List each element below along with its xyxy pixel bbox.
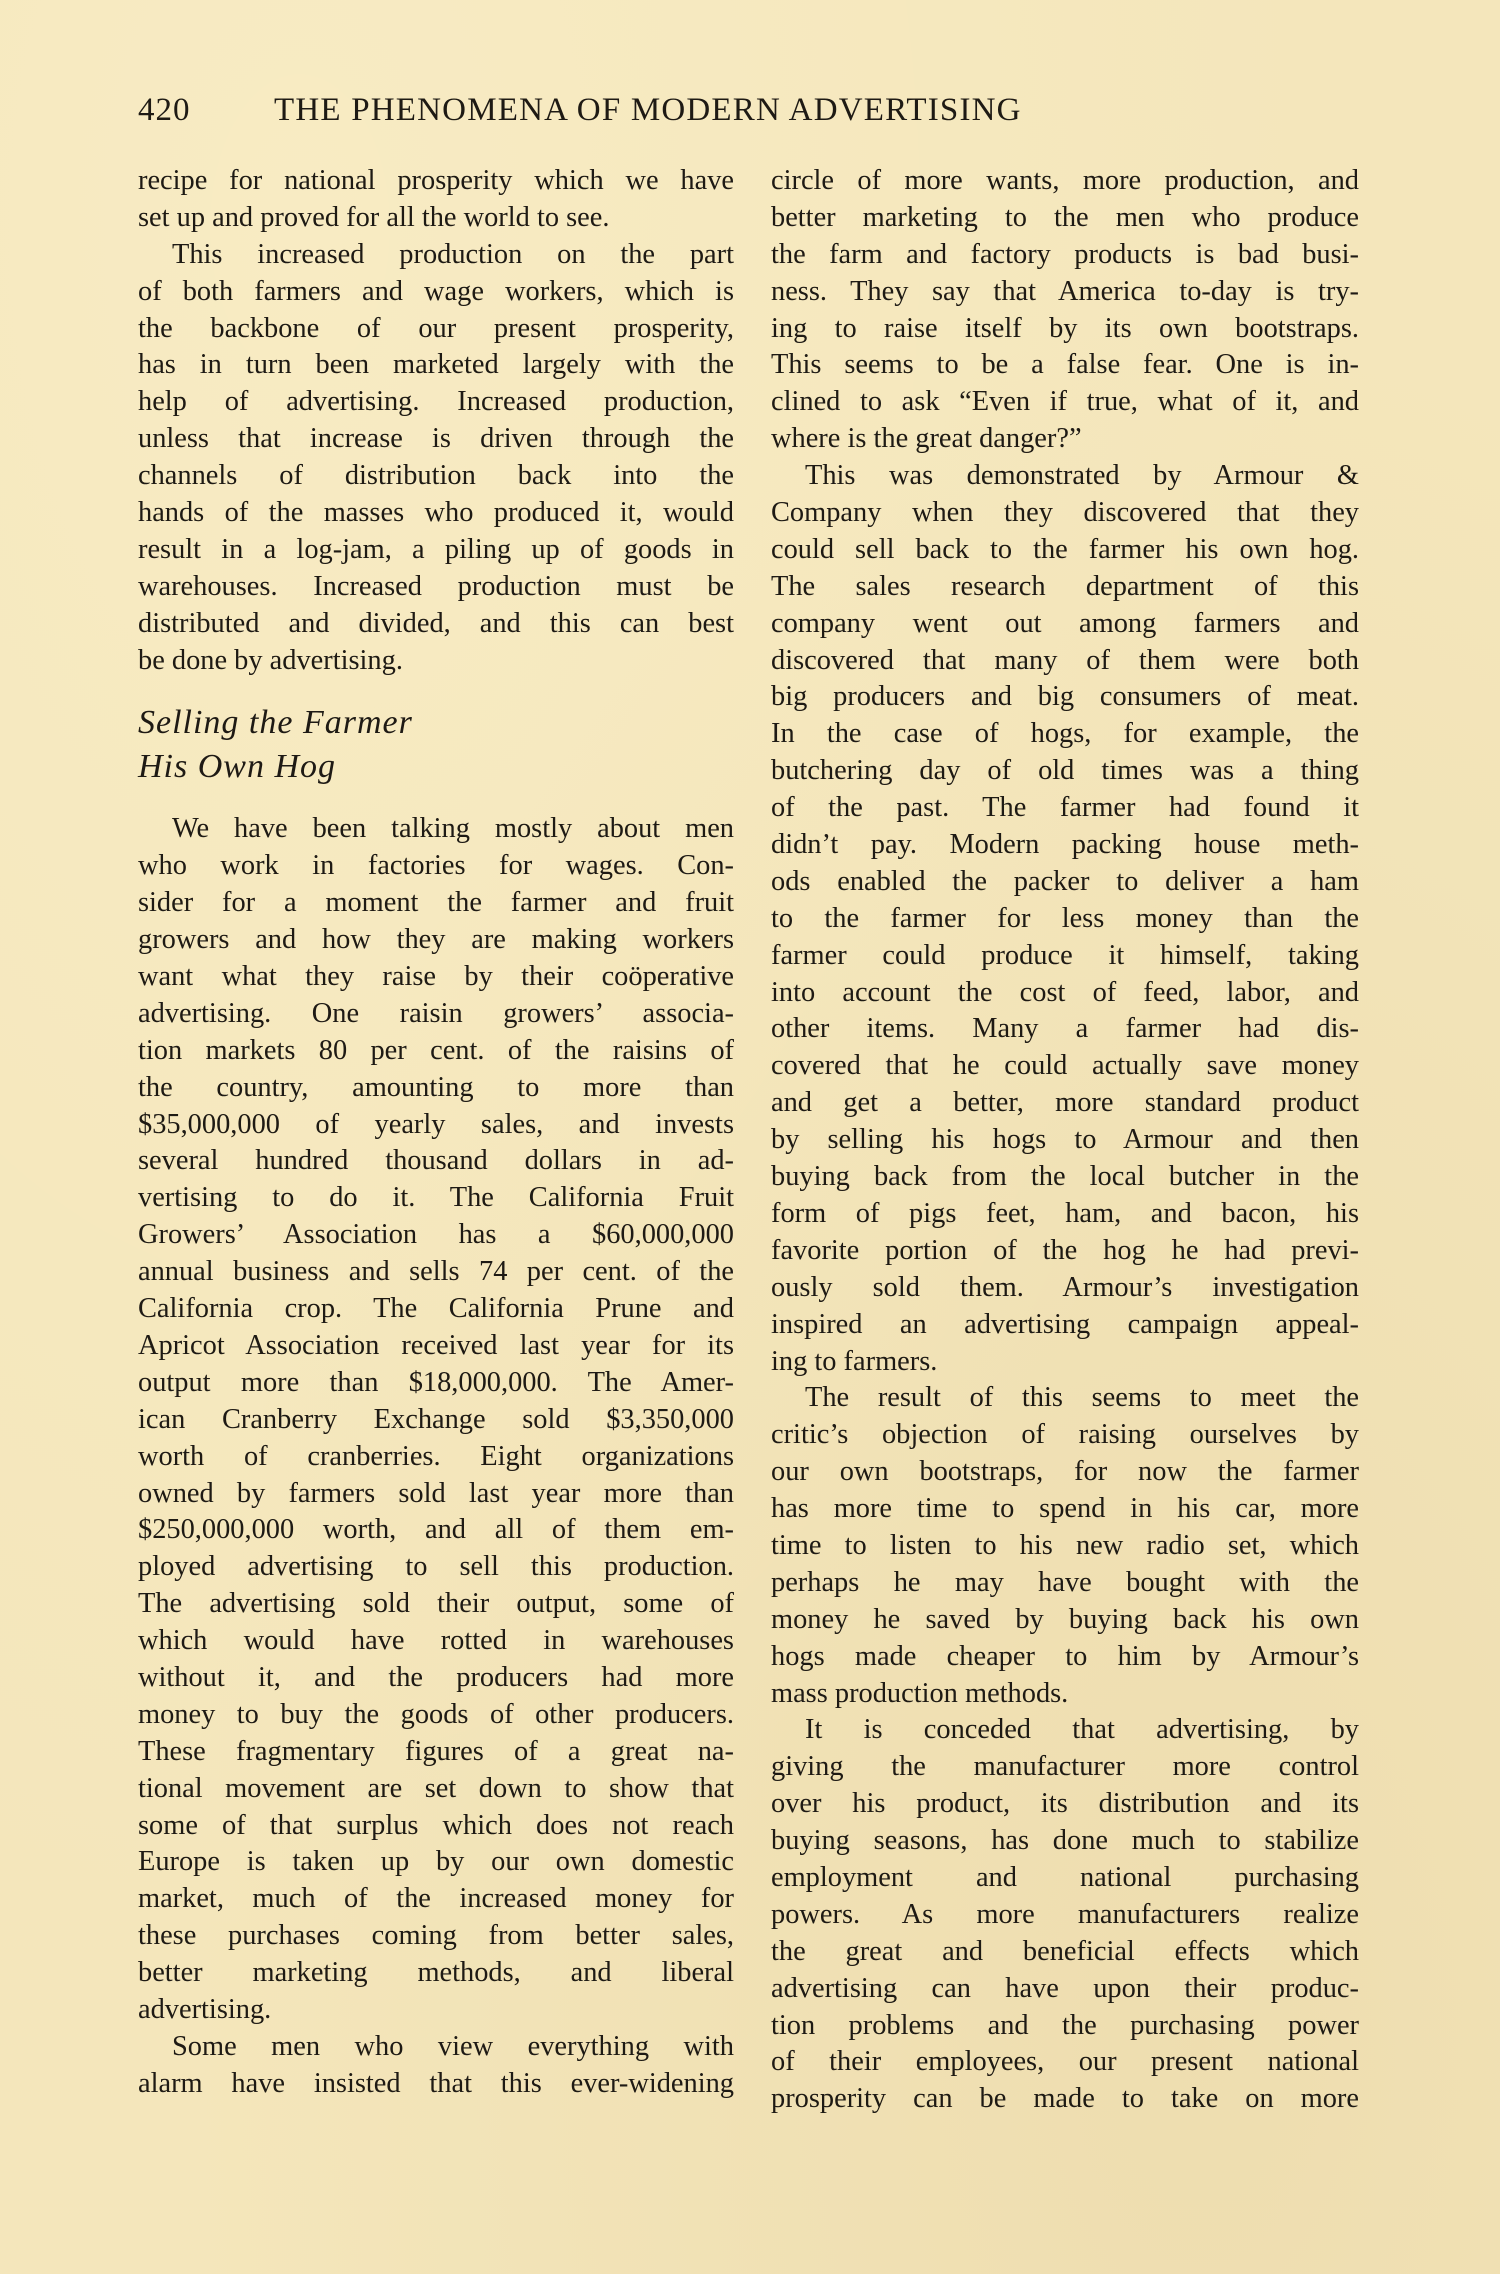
text-line: ness. They say that America to-day is tr… (771, 274, 1359, 311)
text-line: of the past. The farmer had found it (771, 790, 1359, 827)
text-line: covered that he could actually save mone… (771, 1048, 1359, 1085)
text-line: of their employees, our present national (771, 2044, 1359, 2081)
text-line: buying seasons, has done much to stabili… (771, 1823, 1359, 1860)
text-line: set up and proved for all the world to s… (138, 200, 734, 237)
text-line: tion problems and the purchasing power (771, 2008, 1359, 2045)
text-line: these purchases coming from better sales… (138, 1918, 734, 1955)
text-line: company went out among farmers and (771, 606, 1359, 643)
text-line: It is conceded that advertising, by (771, 1712, 1359, 1749)
text-line: giving the manufacturer more control (771, 1749, 1359, 1786)
text-line: of both farmers and wage workers, which … (138, 274, 734, 311)
text-line: better marketing to the men who produce (771, 200, 1359, 237)
text-line: without it, and the producers had more (138, 1660, 734, 1697)
text-line: alarm have insisted that this ever-widen… (138, 2066, 734, 2103)
text-line: ican Cranberry Exchange sold $3,350,000 (138, 1402, 734, 1439)
text-line: This was demonstrated by Armour & (771, 458, 1359, 495)
text-line: California crop. The California Prune an… (138, 1291, 734, 1328)
text-line: This increased production on the part (138, 237, 734, 274)
text-line: who work in factories for wages. Con- (138, 848, 734, 885)
text-line: Growers’ Association has a $60,000,000 (138, 1217, 734, 1254)
text-line: big producers and big consumers of meat. (771, 679, 1359, 716)
text-line: into account the cost of feed, labor, an… (771, 975, 1359, 1012)
text-line: some of that surplus which does not reac… (138, 1808, 734, 1845)
text-line: powers. As more manufacturers realize (771, 1897, 1359, 1934)
right-column: circle of more wants, more production, a… (771, 163, 1359, 2118)
text-line: which would have rotted in warehouses (138, 1623, 734, 1660)
text-line: the farm and factory products is bad bus… (771, 237, 1359, 274)
left-column: recipe for national prosperity which we … (138, 163, 734, 2103)
text-line: $250,000,000 worth, and all of them em- (138, 1512, 734, 1549)
text-line: Some men who view everything with (138, 2029, 734, 2066)
text-line: We have been talking mostly about men (138, 811, 734, 848)
text-line: advertising can have upon their produc- (771, 1971, 1359, 2008)
text-line: our own bootstraps, for now the farmer (771, 1454, 1359, 1491)
text-line: several hundred thousand dollars in ad- (138, 1143, 734, 1180)
text-line: channels of distribution back into the (138, 458, 734, 495)
text-line: clined to ask “Even if true, what of it,… (771, 384, 1359, 421)
text-line: sider for a moment the farmer and fruit (138, 885, 734, 922)
text-line: prosperity can be made to take on more (771, 2081, 1359, 2118)
text-line: ously sold them. Armour’s investigation (771, 1270, 1359, 1307)
text-line: Apricot Association received last year f… (138, 1328, 734, 1365)
text-line: by selling his hogs to Armour and then (771, 1122, 1359, 1159)
page-number: 420 (138, 92, 208, 129)
text-line: inspired an advertising campaign appeal- (771, 1307, 1359, 1344)
text-line: discovered that many of them were both (771, 643, 1359, 680)
text-line: tional movement are set down to show tha… (138, 1771, 734, 1808)
text-line: mass production methods. (771, 1676, 1359, 1713)
text-line: ing to raise itself by its own bootstrap… (771, 311, 1359, 348)
text-line: annual business and sells 74 per cent. o… (138, 1254, 734, 1291)
text-line: money he saved by buying back his own (771, 1602, 1359, 1639)
text-line: Europe is taken up by our own domestic (138, 1844, 734, 1881)
text-line: buying back from the local butcher in th… (771, 1159, 1359, 1196)
left-block-2: We have been talking mostly about menwho… (138, 811, 734, 2102)
running-head: 420 THE PHENOMENA OF MODERN ADVERTISING (138, 92, 1368, 138)
text-line: warehouses. Increased production must be (138, 569, 734, 606)
text-line: want what they raise by their coöperativ… (138, 959, 734, 996)
text-line: over his product, its distribution and i… (771, 1786, 1359, 1823)
text-line: growers and how they are making workers (138, 922, 734, 959)
text-line: distributed and divided, and this can be… (138, 606, 734, 643)
text-line: form of pigs feet, ham, and bacon, his (771, 1196, 1359, 1233)
subheading-line-1: Selling the Farmer (138, 701, 734, 745)
text-line: where is the great danger?” (771, 421, 1359, 458)
text-line: vertising to do it. The California Fruit (138, 1180, 734, 1217)
text-line: the backbone of our present prosperity, (138, 311, 734, 348)
text-line: The sales research department of this (771, 569, 1359, 606)
text-line: worth of cranberries. Eight organization… (138, 1439, 734, 1476)
text-line: perhaps he may have bought with the (771, 1565, 1359, 1602)
text-line: the great and beneficial effects which (771, 1934, 1359, 1971)
text-line: owned by farmers sold last year more tha… (138, 1476, 734, 1513)
text-line: to the farmer for less money than the (771, 901, 1359, 938)
text-line: tion markets 80 per cent. of the raisins… (138, 1033, 734, 1070)
text-line: circle of more wants, more production, a… (771, 163, 1359, 200)
text-line: critic’s objection of raising ourselves … (771, 1417, 1359, 1454)
section-subheading: Selling the Farmer His Own Hog (138, 701, 734, 789)
text-line: money to buy the goods of other producer… (138, 1697, 734, 1734)
text-line: result in a log-jam, a piling up of good… (138, 532, 734, 569)
text-line: recipe for national prosperity which we … (138, 163, 734, 200)
text-line: be done by advertising. (138, 643, 734, 680)
text-line: hogs made cheaper to him by Armour’s (771, 1639, 1359, 1676)
text-line: $35,000,000 of yearly sales, and invests (138, 1107, 734, 1144)
text-line: the country, amounting to more than (138, 1070, 734, 1107)
text-line: time to listen to his new radio set, whi… (771, 1528, 1359, 1565)
subheading-line-2: His Own Hog (138, 745, 734, 789)
text-line: The advertising sold their output, some … (138, 1586, 734, 1623)
text-line: has in turn been marketed largely with t… (138, 347, 734, 384)
text-line: didn’t pay. Modern packing house meth- (771, 827, 1359, 864)
right-block: circle of more wants, more production, a… (771, 163, 1359, 2118)
left-block-1: recipe for national prosperity which we … (138, 163, 734, 679)
text-line: advertising. (138, 1992, 734, 2029)
text-line: ployed advertising to sell this producti… (138, 1549, 734, 1586)
text-line: hands of the masses who produced it, wou… (138, 495, 734, 532)
text-line: employment and national purchasing (771, 1860, 1359, 1897)
text-line: These fragmentary figures of a great na- (138, 1734, 734, 1771)
text-line: and get a better, more standard product (771, 1085, 1359, 1122)
text-line: better marketing methods, and liberal (138, 1955, 734, 1992)
book-page: 420 THE PHENOMENA OF MODERN ADVERTISING … (0, 0, 1500, 2274)
text-line: The result of this seems to meet the (771, 1380, 1359, 1417)
text-line: help of advertising. Increased productio… (138, 384, 734, 421)
text-line: output more than $18,000,000. The Amer- (138, 1365, 734, 1402)
text-line: This seems to be a false fear. One is in… (771, 347, 1359, 384)
text-line: In the case of hogs, for example, the (771, 716, 1359, 753)
text-line: has more time to spend in his car, more (771, 1491, 1359, 1528)
text-line: butchering day of old times was a thing (771, 753, 1359, 790)
text-line: unless that increase is driven through t… (138, 421, 734, 458)
text-line: ing to farmers. (771, 1344, 1359, 1381)
text-line: advertising. One raisin growers’ associa… (138, 996, 734, 1033)
text-line: favorite portion of the hog he had previ… (771, 1233, 1359, 1270)
text-line: other items. Many a farmer had dis- (771, 1011, 1359, 1048)
running-title: THE PHENOMENA OF MODERN ADVERTISING (274, 92, 1022, 129)
text-line: could sell back to the farmer his own ho… (771, 532, 1359, 569)
text-line: market, much of the increased money for (138, 1881, 734, 1918)
text-line: ods enabled the packer to deliver a ham (771, 864, 1359, 901)
text-line: Company when they discovered that they (771, 495, 1359, 532)
text-line: farmer could produce it himself, taking (771, 938, 1359, 975)
